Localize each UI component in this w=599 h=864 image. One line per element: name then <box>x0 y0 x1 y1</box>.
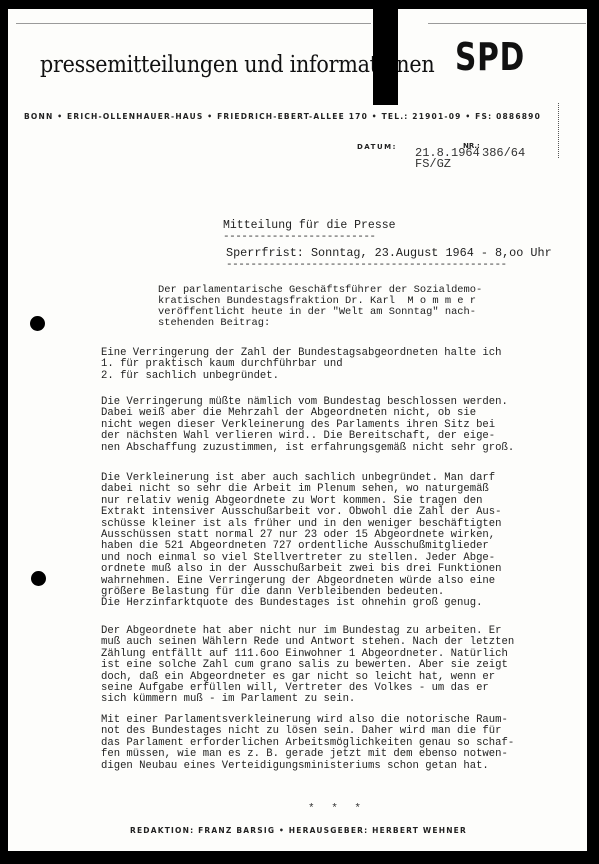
spd-logo: SPD <box>455 35 525 79</box>
closing-mark: * * * <box>308 803 366 815</box>
punch-hole-bottom <box>31 571 46 586</box>
top-rule-right <box>428 23 586 24</box>
paragraph-1: Eine Verringerung der Zahl der Bundestag… <box>101 348 502 382</box>
paragraph-2: Die Verringerung müßte nämlich vom Bunde… <box>101 397 514 454</box>
datum-label: DATUM: <box>357 143 397 151</box>
paragraph-5: Mit einer Parlamentsverkleinerung wird a… <box>101 715 514 772</box>
top-rule <box>16 23 371 24</box>
nr-label: NR.: <box>463 142 480 150</box>
document-page: pressemitteilungen und informationen SPD… <box>8 9 587 851</box>
punch-hole-top <box>30 316 45 331</box>
embargo-line: Sperrfrist: Sonntag, 23.August 1964 - 8,… <box>226 246 552 260</box>
nr-value: 386/64 <box>482 146 525 160</box>
embargo-underline: ----------------------------------------… <box>226 259 507 271</box>
address-line: BONN • ERICH-OLLENHAUER-HAUS • FRIEDRICH… <box>24 112 541 121</box>
paragraph-4: Der Abgeordnete hat aber nicht nur im Bu… <box>101 626 514 706</box>
fold-mark <box>558 103 560 158</box>
footer-credits: REDAKTION: FRANZ BARSIG • HERAUSGEBER: H… <box>130 826 467 835</box>
masthead-black-bar <box>373 9 398 105</box>
reference-code: FS/GZ <box>415 157 451 171</box>
intro-paragraph: Der parlamentarische Geschäftsführer der… <box>158 285 482 329</box>
press-heading-underline: ------------------------- <box>223 231 376 243</box>
paragraph-3: Die Verkleinerung ist aber auch sachlich… <box>101 473 502 610</box>
